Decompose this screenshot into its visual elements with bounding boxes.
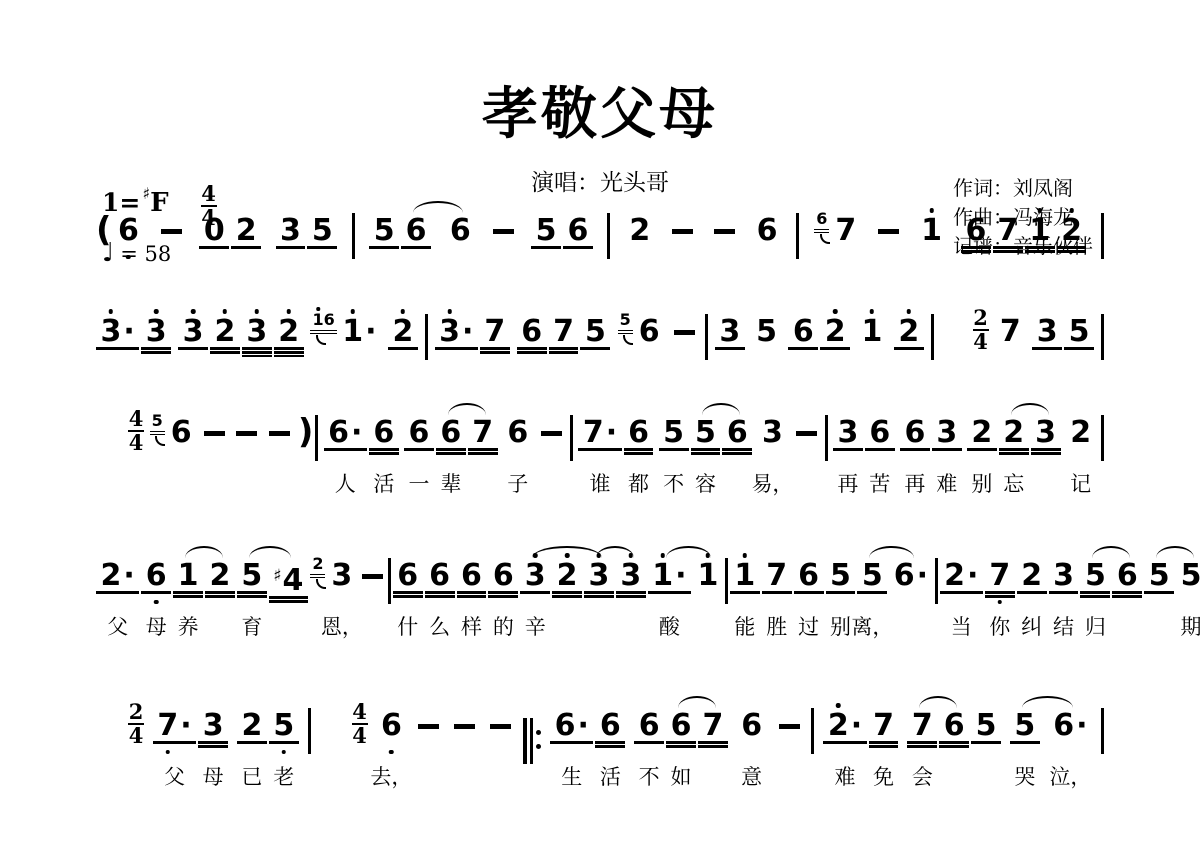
measure-cell: 6再3难 — [899, 405, 963, 470]
note-digits: 6 — [939, 711, 969, 751]
note: 6母 — [141, 548, 171, 613]
augmentation-dot: · — [967, 558, 978, 593]
measure-cell — [414, 698, 443, 729]
note: 3易， — [758, 405, 788, 470]
note-digit: 6 — [628, 418, 649, 448]
augmentation-dot: · — [675, 558, 686, 593]
note: 1 — [917, 203, 947, 268]
beam-underline — [691, 448, 721, 451]
note: 1 — [857, 304, 887, 369]
note-digit: 3 — [719, 317, 740, 347]
octave-dot-above — [316, 307, 320, 311]
beam-underline — [457, 595, 487, 598]
beam-underline — [324, 448, 367, 451]
barline-stroke — [725, 558, 728, 604]
beam-underline — [722, 448, 752, 451]
note-digits: 6· — [324, 418, 367, 458]
beam-underline — [274, 355, 304, 358]
meter-top: 4 — [201, 184, 216, 204]
beam-underline — [393, 595, 423, 598]
note-digit: 2 — [241, 711, 262, 741]
dash-bar — [493, 229, 514, 234]
note: 3· — [435, 304, 478, 369]
note-digit: 7 — [553, 317, 574, 347]
measure-cell — [265, 405, 294, 436]
note-digits: 2 — [999, 418, 1029, 458]
note-digit: 3 — [183, 317, 204, 347]
note: 0 — [199, 203, 229, 268]
note-digit: 5 — [830, 561, 851, 591]
lyric: 子 — [507, 468, 528, 498]
measure-cell: 5 — [751, 304, 783, 369]
augmentation-dot: · — [917, 558, 928, 593]
beam-underline — [242, 347, 272, 350]
note: 6过 — [794, 548, 824, 613]
time-signature-bottom: 4 — [352, 726, 367, 746]
dash-bar — [779, 724, 800, 729]
time-signature: 44 — [320, 706, 368, 746]
barline-stroke — [811, 708, 814, 754]
beam-underline — [237, 741, 267, 744]
note-digit: 3 — [280, 216, 301, 246]
dash-bar — [204, 431, 225, 436]
note-digits: 6 — [445, 216, 475, 256]
note-digit: 7 — [484, 317, 505, 347]
note: 5 — [307, 203, 337, 268]
lyric: 能 — [734, 611, 755, 641]
lyric: 样 — [461, 611, 482, 641]
barline-stroke — [705, 314, 708, 360]
beam-underline — [659, 448, 689, 451]
note-digit: 6 — [600, 711, 621, 741]
augmentation-dot: · — [180, 708, 191, 743]
dash-bar — [269, 431, 290, 436]
measure-cell — [486, 698, 515, 729]
measure-cell: 3再6苦 — [832, 405, 896, 470]
note: 6么 — [425, 548, 455, 613]
beam-underline — [517, 347, 547, 350]
lyric: 都 — [628, 468, 649, 498]
note-digit: 2 — [557, 561, 578, 591]
grace-underline — [310, 330, 336, 332]
note-digit: 6 — [965, 216, 986, 246]
beam-underline — [932, 448, 962, 451]
dash-note — [796, 405, 817, 436]
barline-stroke — [308, 708, 311, 754]
note: 6 — [517, 304, 547, 369]
note-digit: 3 — [589, 561, 610, 591]
measure-cell: 161· — [309, 304, 382, 369]
note-digits: 3 — [932, 418, 962, 458]
note-digit: 7 — [583, 418, 604, 448]
note: 7 — [995, 304, 1025, 369]
augmentation-dot: · — [365, 314, 376, 349]
grace-digit: 6 — [324, 312, 335, 328]
note: 6 — [563, 203, 593, 268]
measure-cell: 7·父3母 — [152, 698, 229, 763]
grace-digit: 5 — [152, 413, 163, 429]
grace-digits: 2 — [310, 556, 325, 579]
note-digit: 7 — [989, 561, 1010, 591]
time-signature-top: 4 — [129, 409, 144, 429]
note-digit: 7 — [157, 711, 178, 741]
note-digits: 6 — [369, 418, 399, 458]
lyric: 当 — [951, 611, 972, 641]
note: 2 — [894, 304, 924, 369]
music-system: 3·33232161·23·76755635621224735 — [95, 304, 1105, 369]
time-signature-fraction: 44 — [352, 702, 368, 746]
note-digits: 5 — [971, 711, 1001, 751]
lyric: 活 — [373, 468, 394, 498]
beam-underline — [940, 591, 983, 594]
dash-bar — [672, 229, 693, 234]
measure-cell — [537, 405, 566, 436]
lyric: 容 — [695, 468, 716, 498]
beam-underline — [869, 745, 899, 748]
beam-underline — [205, 591, 235, 594]
note: 3结 — [1049, 548, 1079, 613]
barline — [388, 548, 391, 604]
note: 5 — [531, 203, 561, 268]
note-digit: 1 — [342, 317, 363, 347]
barline-stroke — [1101, 213, 1104, 259]
note: 3 — [178, 304, 208, 369]
note-digits: 6· — [889, 561, 932, 601]
note-digit: 6 — [381, 711, 402, 741]
dash-bar — [796, 431, 817, 436]
note-digits: 5 — [1010, 711, 1040, 751]
note-digit: 5 — [1149, 561, 1170, 591]
octave-dot-above — [660, 553, 665, 558]
measure-cell — [795, 203, 800, 259]
note-digits: 5 — [752, 317, 782, 357]
measure-cell — [1100, 405, 1105, 461]
note-digits: 3 — [198, 711, 228, 751]
lyric: 辛 — [525, 611, 546, 641]
sheet-page: 孝敬父母 演唱：光头哥 作词：刘凤阁 作曲：冯海龙 记谱：音乐伙伴 1= ♯ F… — [0, 0, 1200, 850]
beam-underline — [369, 448, 399, 451]
note: 2已 — [237, 698, 267, 763]
note: 5不 — [659, 405, 689, 470]
note-digit: 1 — [921, 216, 942, 246]
note-digits: 3 — [242, 317, 272, 357]
measure-cell — [1100, 203, 1105, 259]
measure-cell: 2记 — [1065, 405, 1097, 470]
note-digit: 7 — [766, 561, 787, 591]
note: 3· — [96, 304, 139, 369]
note-digit: 3 — [1035, 418, 1056, 448]
lyric: 忘 — [1003, 468, 1024, 498]
note: 2记 — [1066, 405, 1096, 470]
beam-underline — [1080, 595, 1110, 598]
barline-stroke — [1101, 314, 1104, 360]
grace-underline — [618, 330, 633, 332]
measure-cell — [930, 304, 935, 360]
measure-cell: 6子 — [502, 405, 534, 470]
beam-underline — [869, 741, 899, 744]
barline-stroke — [607, 213, 610, 259]
beam-underline — [1010, 741, 1040, 744]
lyric: 恩， — [321, 611, 363, 641]
measure-cell — [1100, 698, 1105, 754]
augmentation-dot: · — [462, 314, 473, 349]
music-system: 4456)6·人6活6一6辈76子7·谁6都5不5容63易，3再6苦6再3难2别… — [95, 405, 1105, 514]
time-signature: 44 — [96, 413, 144, 453]
beam-underline — [985, 595, 1015, 598]
note-digits: 1 — [730, 561, 760, 601]
note-digit: 6 — [568, 216, 589, 246]
note-digit: 2 — [236, 216, 257, 246]
beam-underline — [939, 745, 969, 748]
octave-dot-above — [154, 309, 159, 314]
note-digits: 6· — [1049, 711, 1092, 751]
grace-hook — [316, 579, 326, 589]
note-digits: 6 — [563, 216, 593, 256]
beam-underline — [857, 591, 887, 594]
octave-dot-above — [1037, 208, 1042, 213]
augmentation-dot: · — [351, 415, 362, 450]
barline — [796, 203, 799, 259]
measure-cell — [670, 304, 699, 335]
measure-cell — [232, 405, 261, 436]
octave-dot-below — [282, 750, 287, 755]
repeat-sign — [523, 708, 541, 764]
note: ♯4 — [269, 548, 308, 618]
dash-bar — [714, 229, 735, 234]
note: 6子 — [503, 405, 533, 470]
octave-dot-below — [998, 600, 1003, 605]
note-digits: 5 — [1064, 317, 1094, 357]
measure-cell: 2·当7你 — [939, 548, 1016, 613]
beam-underline — [833, 448, 863, 451]
note-digits: 3 — [327, 561, 357, 601]
note-digits: 3 — [141, 317, 171, 357]
dash-note — [204, 405, 225, 436]
note-digit: 2 — [1061, 216, 1082, 246]
dash-note — [493, 203, 514, 234]
note-digit: 5 — [312, 216, 333, 246]
note-digit: 6 — [397, 561, 418, 591]
measure-cell: 1 — [916, 203, 948, 268]
measure-cell: 6过5别 — [793, 548, 857, 613]
note-digit: 2 — [101, 561, 122, 591]
beam-underline — [210, 351, 240, 354]
measure-cell: 2·难7免 — [822, 698, 899, 763]
note-digit: 5 — [756, 317, 777, 347]
song-title: 孝敬父母 — [0, 0, 1200, 146]
note-digit: 7 — [1000, 317, 1021, 347]
measure-cell — [775, 698, 804, 729]
note: 2 — [231, 203, 261, 268]
note-digits: 6 — [722, 418, 752, 458]
measure-cell — [810, 698, 815, 754]
note-digits: 6 — [401, 216, 431, 256]
note-digits: 6 — [457, 561, 487, 601]
note-digit: 6 — [507, 418, 528, 448]
note-digit: 5 — [1014, 711, 1035, 741]
note-digit: 6 — [793, 317, 814, 347]
augmentation-dot: · — [578, 708, 589, 743]
octave-dot-above — [929, 208, 934, 213]
barline-stroke — [352, 213, 355, 259]
measure-cell: 35 — [275, 203, 339, 268]
note-digits: 1 — [693, 561, 723, 601]
note-digit: 6 — [555, 711, 576, 741]
lyric: 纠 — [1021, 611, 1042, 641]
beam-underline — [210, 347, 240, 350]
beam-underline — [1031, 448, 1061, 451]
note-digits: 5 — [691, 418, 721, 458]
note-digit: 5 — [374, 216, 395, 246]
barline-stroke — [796, 213, 799, 259]
beam-underline — [563, 246, 593, 249]
measure-cell: 62 — [787, 304, 851, 369]
lyric: 别 — [830, 611, 851, 641]
note-digit: 6 — [171, 418, 192, 448]
note: 6什 — [393, 548, 423, 613]
octave-dot-above — [401, 309, 406, 314]
beam-underline — [173, 591, 203, 594]
header: 孝敬父母 演唱：光头哥 作词：刘凤阁 作曲：冯海龙 记谱：音乐伙伴 1= ♯ F… — [0, 0, 1200, 197]
measure-cell — [307, 698, 312, 754]
note-digit: 7 — [702, 711, 723, 741]
sharp-icon: ♯ — [142, 186, 150, 202]
beam-underline — [237, 591, 267, 594]
beam-underline — [794, 591, 824, 594]
octave-dot-above — [350, 309, 355, 314]
measure-cell — [874, 203, 903, 234]
lyric: 难 — [936, 468, 957, 498]
measure-cell: 3·7 — [434, 304, 511, 369]
lyricist-credit: 作词：刘凤阁 — [953, 174, 1093, 203]
measure-cell: 24 — [95, 698, 145, 746]
grace-note: 5 — [149, 406, 165, 446]
repeat-bars — [523, 718, 541, 764]
dash-note — [541, 405, 562, 436]
note-digit: 6 — [409, 418, 430, 448]
time-signature-top: 2 — [129, 702, 144, 722]
barline-stroke — [1101, 415, 1104, 461]
lyric: 么 — [429, 611, 450, 641]
lyric: 易， — [751, 468, 793, 498]
note: 6活 — [595, 698, 625, 763]
note-digit: 3 — [439, 317, 460, 347]
octave-dot-above — [907, 309, 912, 314]
beam-underline — [369, 452, 399, 455]
beam-underline — [96, 347, 139, 350]
grace-digit: 5 — [620, 312, 631, 328]
octave-dot-below — [166, 750, 171, 755]
beam-underline — [1057, 250, 1087, 253]
note-digit: 2 — [629, 216, 650, 246]
note-digits: 3 — [276, 216, 306, 256]
lyric: 不 — [639, 761, 660, 791]
measure-cell: 44 — [95, 405, 145, 453]
repeat-dots — [536, 730, 541, 764]
beam-underline — [231, 246, 261, 249]
grace-underline — [150, 431, 165, 433]
grace-underline — [310, 333, 336, 335]
note-digits: 7 — [762, 561, 792, 601]
beam-underline — [153, 741, 196, 744]
note-digit: 6 — [727, 418, 748, 448]
note-digits: 5 — [1080, 561, 1110, 601]
note-digits: 3· — [435, 317, 478, 357]
note-digit: 6 — [741, 711, 762, 741]
barline-stroke — [315, 415, 318, 461]
note: 7你 — [985, 548, 1015, 613]
measure-cell: 56 — [148, 405, 197, 470]
barline — [352, 203, 355, 259]
beam-underline — [1025, 250, 1055, 253]
augmentation-dot: · — [123, 558, 134, 593]
beam-underline — [1049, 591, 1079, 594]
note-digits: 3 — [1049, 561, 1079, 601]
dash-note — [454, 698, 475, 729]
measure-cell: 1 — [856, 304, 888, 369]
note-digits: 6 — [788, 317, 818, 357]
note: 7·谁 — [578, 405, 621, 470]
note-digits: 5 — [269, 711, 299, 751]
phrase-paren: ) — [298, 415, 314, 449]
beam-underline — [141, 347, 171, 350]
lyric: 再 — [904, 468, 925, 498]
note-digits: 2 — [1017, 561, 1047, 601]
measure-cell: 2 — [624, 203, 656, 268]
note: 6 — [166, 405, 196, 470]
barline — [315, 405, 318, 461]
octave-dot-above — [191, 309, 196, 314]
note-digit: 3 — [331, 561, 352, 591]
augmentation-dot: · — [851, 708, 862, 743]
barline — [425, 304, 428, 360]
barline-stroke — [425, 314, 428, 360]
beam-underline — [616, 595, 646, 598]
octave-dot-above — [255, 309, 260, 314]
measure-cell: 1能7胜 — [729, 548, 793, 613]
barline — [1101, 304, 1104, 360]
note-digit: 2 — [898, 317, 919, 347]
note: 6的 — [488, 548, 518, 613]
time-signature-bottom: 4 — [129, 726, 144, 746]
beam-underline — [985, 591, 1015, 594]
measure-cell: 23恩， — [309, 548, 358, 613]
beam-underline — [198, 741, 228, 744]
note-digits: 6 — [376, 711, 406, 751]
augmentation-dot: · — [123, 314, 134, 349]
note-digits: 2 — [820, 317, 850, 357]
note: 6 — [961, 203, 991, 268]
beam-underline — [199, 246, 229, 249]
dash-note — [418, 698, 439, 729]
note-digit: 5 — [273, 711, 294, 741]
beam-underline — [1112, 591, 1142, 594]
note-digits: 3· — [96, 317, 139, 357]
beam-underline — [1144, 591, 1174, 594]
beam-underline — [425, 595, 455, 598]
beam-underline — [237, 595, 267, 598]
beam-underline — [369, 246, 399, 249]
barline-stroke — [1101, 708, 1104, 754]
note-digit: 3 — [203, 711, 224, 741]
note-digit: 2 — [1021, 561, 1042, 591]
measure-cell — [351, 203, 356, 259]
dash-note — [362, 548, 383, 579]
note-digits: 6 — [634, 317, 664, 357]
note: 3 — [276, 203, 306, 268]
beam-underline — [468, 448, 498, 451]
beam-underline — [173, 595, 203, 598]
